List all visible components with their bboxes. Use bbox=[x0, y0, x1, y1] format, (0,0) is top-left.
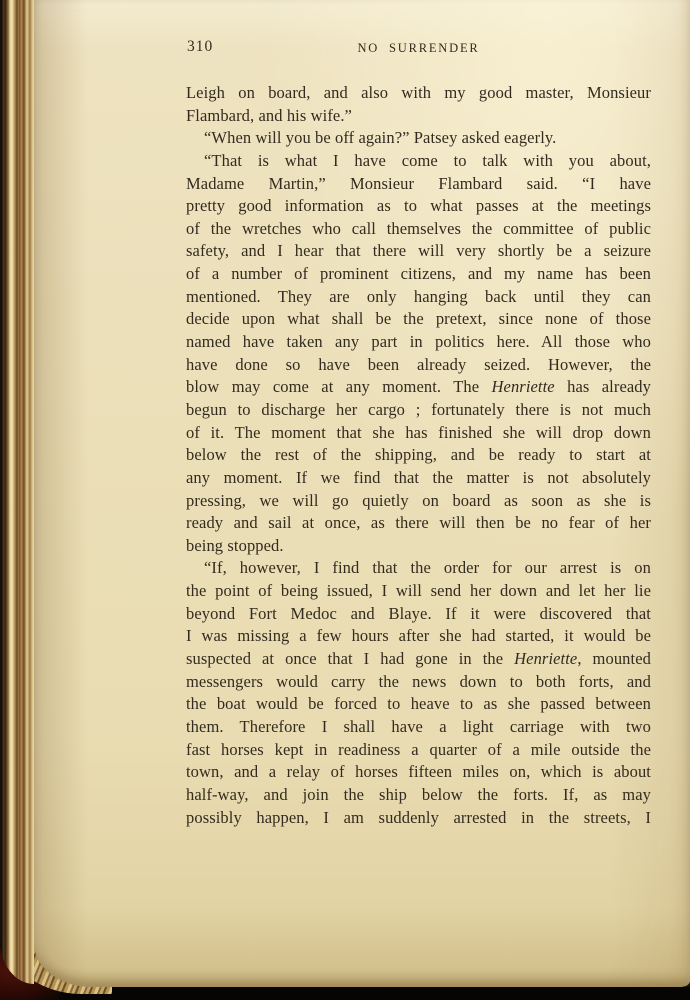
text-line: the point of being issued, I will send h… bbox=[186, 580, 651, 603]
book-page: 310 NO SURRENDER Leigh on board, and als… bbox=[34, 0, 690, 987]
text-line: “If, however, I find that the order for … bbox=[186, 557, 651, 580]
text-line: blow may come at any moment. The Henriet… bbox=[186, 376, 651, 399]
page-text: Leigh on board, and also with my good ma… bbox=[186, 82, 651, 829]
text-line: beyond Fort Medoc and Blaye. If it were … bbox=[186, 603, 651, 626]
text-line: I was missing a few hours after she had … bbox=[186, 625, 651, 648]
text-line: begun to discharge her cargo ; fortunate… bbox=[186, 399, 651, 422]
text-line: mentioned. They are only hanging back un… bbox=[186, 286, 651, 309]
text-line: being stopped. bbox=[186, 535, 651, 558]
text-line: pretty good information as to what passe… bbox=[186, 195, 651, 218]
text-line: have done so have been already seized. H… bbox=[186, 354, 651, 377]
text-line: half-way, and join the ship below the fo… bbox=[186, 784, 651, 807]
text-line: Flambard, and his wife.” bbox=[186, 105, 651, 128]
text-line: of it. The moment that she has finished … bbox=[186, 422, 651, 445]
text-line: possibly happen, I am suddenly arrested … bbox=[186, 807, 651, 830]
text-line: town, and a relay of horses fifteen mile… bbox=[186, 761, 651, 784]
text-line: decide upon what shall be the pretext, s… bbox=[186, 308, 651, 331]
text-line: ready and sail at once, as there will th… bbox=[186, 512, 651, 535]
text-line: pressing, we will go quietly on board as… bbox=[186, 490, 651, 513]
running-title: NO SURRENDER bbox=[186, 41, 651, 56]
text-line: Madame Martin,” Monsieur Flambard said. … bbox=[186, 173, 651, 196]
text-line: any moment. If we find that the matter i… bbox=[186, 467, 651, 490]
text-line: the boat would be forced to heave to as … bbox=[186, 693, 651, 716]
text-line: fast horses kept in readiness a quarter … bbox=[186, 739, 651, 762]
text-line: them. Therefore I shall have a light car… bbox=[186, 716, 651, 739]
text-line: below the rest of the shipping, and be r… bbox=[186, 444, 651, 467]
text-line: messengers would carry the news down to … bbox=[186, 671, 651, 694]
text-line: suspected at once that I had gone in the… bbox=[186, 648, 651, 671]
text-line: “That is what I have come to talk with y… bbox=[186, 150, 651, 173]
text-line: safety, and I hear that there will very … bbox=[186, 240, 651, 263]
text-line: of the wretches who call themselves the … bbox=[186, 218, 651, 241]
book-photo: 310 NO SURRENDER Leigh on board, and als… bbox=[0, 0, 690, 1000]
text-line: Leigh on board, and also with my good ma… bbox=[186, 82, 651, 105]
text-line: named have taken any part in politics he… bbox=[186, 331, 651, 354]
text-line: “When will you be off again?” Patsey ask… bbox=[186, 127, 651, 150]
running-head: 310 NO SURRENDER bbox=[186, 38, 651, 56]
text-line: of a number of prominent citizens, and m… bbox=[186, 263, 651, 286]
book-binding bbox=[0, 0, 34, 984]
